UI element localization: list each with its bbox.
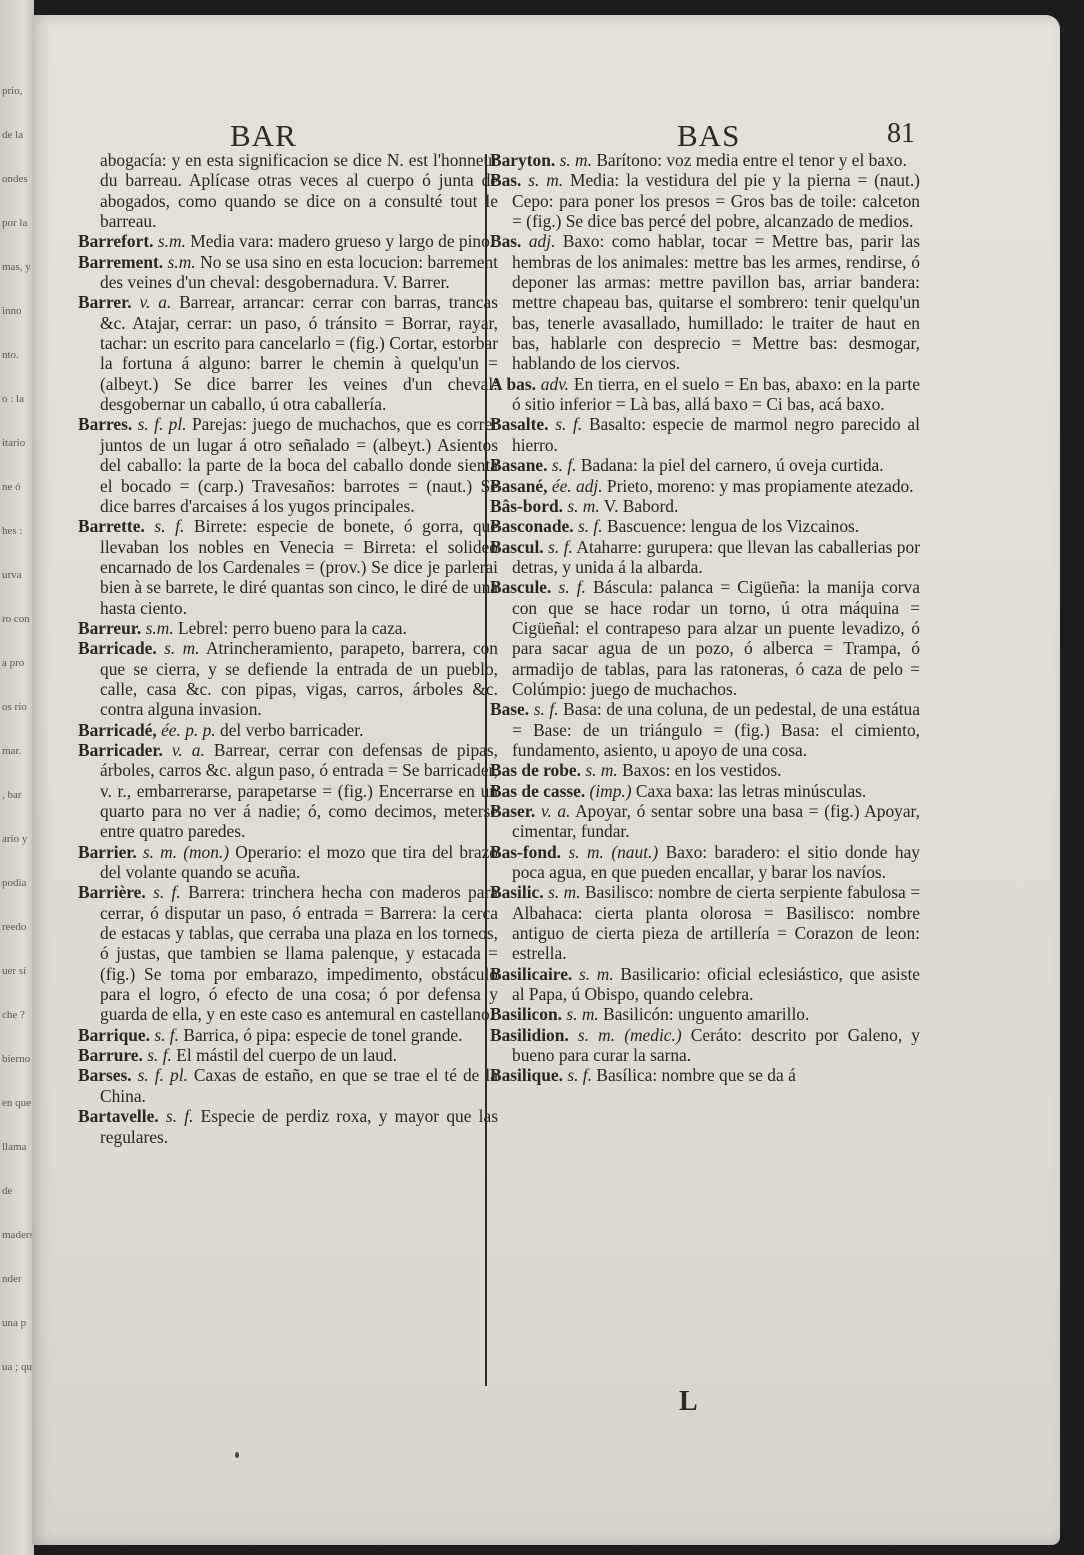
entry-headword: Bas-fond. <box>490 842 561 862</box>
entry-grammar: s.m. <box>168 252 196 272</box>
entry-grammar: v. a. <box>172 740 205 760</box>
dictionary-entry: Barrique. s. f. Barrica, ó pipa: especie… <box>78 1025 498 1045</box>
dictionary-entry: Barrement. s.m. No se usa sino en esta l… <box>78 252 498 293</box>
adjacent-page-fragment: a pro <box>2 657 24 669</box>
dictionary-entry: Barricadé, ée. p. p. del verbo barricade… <box>78 720 498 740</box>
entry-grammar: s. m. <box>566 1004 598 1024</box>
adjacent-page-fragment: uer sí <box>2 965 26 977</box>
entry-grammar: s. f. <box>154 1025 179 1045</box>
entry-headword: Barrique. <box>78 1025 150 1045</box>
adjacent-page-fragment: ario y <box>2 833 27 845</box>
adjacent-page-fragment: llama <box>2 1141 26 1153</box>
dictionary-entry: Bascul. s. f. Ataharre: gurupera: que ll… <box>490 537 920 578</box>
entry-definition: Basilicario: oficial eclesiástico, que a… <box>512 964 920 1004</box>
entry-definition: Ataharre: gurupera: que llevan las cabal… <box>512 537 920 577</box>
entry-grammar: s.m. <box>146 618 174 638</box>
adjacent-page-fragment: mar. <box>2 745 21 757</box>
entry-headword: Basilic. <box>490 882 544 902</box>
entry-grammar: s. m. <box>567 496 599 516</box>
entry-definition: Bascuence: lengua de los Vizcainos. <box>607 516 859 536</box>
adjacent-page-fragment: che ? <box>2 1009 25 1021</box>
entry-headword: Bas de robe. <box>490 760 581 780</box>
dictionary-entry: Bas. adj. Baxo: como hablar, tocar = Met… <box>490 231 920 373</box>
entry-headword: Base. <box>490 699 529 719</box>
running-head-left: BAR <box>230 118 297 154</box>
dictionary-entry: Barrer. v. a. Barrear, arrancar: cerrar … <box>78 292 498 414</box>
adjacent-page-fragment: ro con <box>2 613 30 625</box>
dictionary-entry: Basilique. s. f. Basílica: nombre que se… <box>490 1065 920 1085</box>
entry-grammar: v. a. <box>541 801 570 821</box>
adjacent-page-fragment: itario <box>2 437 25 449</box>
entry-grammar: s. f. pl. <box>138 1065 188 1085</box>
dictionary-entry: Barricader. v. a. Barrear, cerrar con de… <box>78 740 498 842</box>
dictionary-entry: Bascule. s. f. Báscula: palanca = Cigüeñ… <box>490 577 920 699</box>
entry-definition: Media: la vestidura del pie y la pierna … <box>512 170 920 231</box>
entry-headword: Basilicaire. <box>490 964 572 984</box>
entry-headword: Bartavelle. <box>78 1106 159 1126</box>
dictionary-entry: Basalte. s. f. Basalto: especie de marmo… <box>490 414 920 455</box>
entry-grammar: s. f. <box>555 414 582 434</box>
adjacent-page-fragment: en que <box>2 1097 31 1109</box>
adjacent-page-fragment: , bar <box>2 789 22 801</box>
entry-grammar: v. a. <box>140 292 172 312</box>
entry-grammar: s. f. <box>548 537 573 557</box>
adjacent-page-fragment: prio, <box>2 85 22 97</box>
entry-grammar: s. f. <box>559 577 586 597</box>
right-column: Baryton. s. m. Barítono: voz media entre… <box>490 150 920 1086</box>
entry-definition: del verbo barricader. <box>220 720 363 740</box>
adjacent-page-fragment: urva <box>2 569 22 581</box>
entry-grammar: s.m. <box>158 231 186 251</box>
entry-grammar: adj. <box>529 231 556 251</box>
dictionary-entry: A bas. adv. En tierra, en el suelo = En … <box>490 374 920 415</box>
dictionary-entry: Bartavelle. s. f. Especie de perdiz roxa… <box>78 1106 498 1147</box>
entry-headword: Bas. <box>490 170 521 190</box>
dictionary-entry: Baryton. s. m. Barítono: voz media entre… <box>490 150 920 170</box>
entry-definition: Basa: de una coluna, de un pedestal, de … <box>512 699 920 760</box>
column-divider <box>485 154 487 1386</box>
adjacent-page-fragment: hes : <box>2 525 22 537</box>
entry-definition: Lebrel: perro bueno para la caza. <box>178 618 407 638</box>
entry-headword: Basane. <box>490 455 548 475</box>
entry-grammar: s. m. (naut.) <box>568 842 658 862</box>
entry-definition: Baxo: como hablar, tocar = Mettre bas, p… <box>512 231 920 373</box>
dictionary-entry: Barres. s. f. pl. Parejas: juego de much… <box>78 414 498 516</box>
entry-headword: Bascule. <box>490 577 551 597</box>
entry-headword: Barrier. <box>78 842 137 862</box>
adjacent-page-fragment: ondes <box>2 173 28 185</box>
dictionary-entry: abogacía: y en esta significacion se dic… <box>78 150 498 231</box>
entry-grammar: (imp.) <box>590 781 632 801</box>
entry-headword: A bas. <box>490 374 536 394</box>
dictionary-entry: Barrière. s. f. Barrera: trinchera hecha… <box>78 882 498 1024</box>
entry-grammar: s. f. <box>154 516 184 536</box>
entry-definition: abogacía: y en esta significacion se dic… <box>100 150 498 231</box>
dictionary-entry: Baser. v. a. Apoyar, ó sentar sobre una … <box>490 801 920 842</box>
entry-definition: Basilicón: unguento amarillo. <box>603 1004 809 1024</box>
entry-headword: Basilique. <box>490 1065 563 1085</box>
entry-definition: Barítono: voz media entre el tenor y el … <box>596 150 907 170</box>
entry-headword: Bas de casse. <box>490 781 585 801</box>
dictionary-entry: Basilicon. s. m. Basilicón: unguento ama… <box>490 1004 920 1024</box>
entry-grammar: s. m. <box>528 170 563 190</box>
entry-grammar: s. m. (medic.) <box>578 1025 682 1045</box>
adjacent-page-fragment: inno <box>2 305 22 317</box>
adjacent-page-fragment: de <box>2 1185 12 1197</box>
dictionary-entry: Bas-fond. s. m. (naut.) Baxo: baradero: … <box>490 842 920 883</box>
adjacent-page-fragment: por la <box>2 217 27 229</box>
adjacent-page-fragment: podia <box>2 877 26 889</box>
entry-headword: Barreur. <box>78 618 141 638</box>
entry-headword: Bas. <box>490 231 521 251</box>
adjacent-page-fragment: maders <box>2 1229 34 1241</box>
entry-headword: Basconade. <box>490 516 574 536</box>
dictionary-entry: Barrette. s. f. Birrete: especie de bone… <box>78 516 498 618</box>
signature-mark: L <box>679 1386 698 1418</box>
entry-grammar: s. f. <box>166 1106 194 1126</box>
adjacent-page-fragment: o : la <box>2 393 24 405</box>
dictionary-entry: Basane. s. f. Badana: la piel del carner… <box>490 455 920 475</box>
entry-grammar: ée. adj. <box>552 476 603 496</box>
entry-headword: Baryton. <box>490 150 555 170</box>
adjacent-page-edge: prio,de laondespor lamas, yinnonto.o : l… <box>0 0 34 1555</box>
paper-speck <box>235 1452 239 1458</box>
entry-grammar: s. m. <box>164 638 199 658</box>
entry-definition: Especie de perdiz roxa, y mayor que las … <box>100 1106 498 1146</box>
dictionary-entry: Basconade. s. f. Bascuence: lengua de lo… <box>490 516 920 536</box>
entry-definition: Barrera: trinchera hecha con maderos par… <box>100 882 498 1024</box>
dictionary-entry: Base. s. f. Basa: de una coluna, de un p… <box>490 699 920 760</box>
entry-grammar: s. m. <box>548 882 580 902</box>
adjacent-page-fragment: nder <box>2 1273 22 1285</box>
dictionary-entry: Barses. s. f. pl. Caxas de estaño, en qu… <box>78 1065 498 1106</box>
entry-headword: Bâs-bord. <box>490 496 563 516</box>
left-column: abogacía: y en esta significacion se dic… <box>78 150 498 1147</box>
entry-grammar: s. m. <box>585 760 617 780</box>
dictionary-entry: Barricade. s. m. Atrincheramiento, parap… <box>78 638 498 719</box>
dictionary-entry: Barreur. s.m. Lebrel: perro bueno para l… <box>78 618 498 638</box>
entry-grammar: s. f. <box>534 699 559 719</box>
dictionary-entry: Basilidion. s. m. (medic.) Ceráto: descr… <box>490 1025 920 1066</box>
dictionary-entry: Barrefort. s.m. Media vara: madero grues… <box>78 231 498 251</box>
entry-headword: Basané, <box>490 476 548 496</box>
entry-headword: Barricade. <box>78 638 157 658</box>
entry-grammar: s. m. <box>560 150 592 170</box>
entry-definition: Barrica, ó pipa: especie de tonel grande… <box>183 1025 462 1045</box>
entry-definition: Ceráto: descrito por Galeno, y bueno par… <box>512 1025 920 1065</box>
dictionary-page: BAR BAS 81 abogacía: y en esta significa… <box>32 15 1060 1545</box>
entry-headword: Barrière. <box>78 882 146 902</box>
entry-definition: Atrincheramiento, parapeto, barrera, con… <box>100 638 498 719</box>
adjacent-page-fragment: de la <box>2 129 23 141</box>
page-number: 81 <box>887 118 915 150</box>
entry-definition: Prieto, moreno: y mas propiamente atezad… <box>607 476 914 496</box>
adjacent-page-fragment: una p <box>2 1317 26 1329</box>
entry-grammar: s. f. <box>147 1045 172 1065</box>
entry-headword: Baser. <box>490 801 535 821</box>
entry-definition: En tierra, en el suelo = En bas, abaxo: … <box>512 374 920 414</box>
dictionary-entry: Bas de robe. s. m. Baxos: en los vestido… <box>490 760 920 780</box>
dictionary-entry: Bas. s. m. Media: la vestidura del pie y… <box>490 170 920 231</box>
entry-headword: Barrette. <box>78 516 145 536</box>
entry-headword: Basalte. <box>490 414 548 434</box>
entry-headword: Barses. <box>78 1065 132 1085</box>
adjacent-page-fragment: os rio <box>2 701 27 713</box>
dictionary-entry: Basilicaire. s. m. Basilicario: oficial … <box>490 964 920 1005</box>
entry-grammar: ée. p. p. <box>161 720 216 740</box>
entry-grammar: s. m. (mon.) <box>143 842 229 862</box>
entry-headword: Barrement. <box>78 252 163 272</box>
entry-headword: Barrer. <box>78 292 132 312</box>
adjacent-page-fragment: ne ó <box>2 481 21 493</box>
adjacent-page-fragment: mas, y <box>2 261 31 273</box>
adjacent-page-fragment: reedo <box>2 921 26 933</box>
entry-grammar: s. f. <box>578 516 603 536</box>
entry-headword: Barrefort. <box>78 231 153 251</box>
entry-headword: Bascul. <box>490 537 544 557</box>
dictionary-entry: Barrier. s. m. (mon.) Operario: el mozo … <box>78 842 498 883</box>
running-head-right: BAS <box>677 118 740 154</box>
entry-definition: Baxos: en los vestidos. <box>622 760 781 780</box>
entry-headword: Barrure. <box>78 1045 143 1065</box>
entry-definition: Apoyar, ó sentar sobre una basa = (fig.)… <box>512 801 920 841</box>
entry-definition: El mástil del cuerpo de un laud. <box>176 1045 397 1065</box>
adjacent-page-fragment: ua ; qu <box>2 1361 32 1373</box>
entry-grammar: adv. <box>541 374 569 394</box>
entry-definition: Badana: la piel del carnero, ú oveja cur… <box>581 455 884 475</box>
entry-grammar: s. f. <box>153 882 181 902</box>
dictionary-entry: Basilic. s. m. Basilisco: nombre de cier… <box>490 882 920 963</box>
entry-grammar: s. f. <box>552 455 577 475</box>
entry-headword: Barres. <box>78 414 132 434</box>
entry-definition: V. Babord. <box>604 496 679 516</box>
adjacent-page-fragment: bierno <box>2 1053 30 1065</box>
dictionary-entry: Bâs-bord. s. m. V. Babord. <box>490 496 920 516</box>
entry-headword: Basilicon. <box>490 1004 562 1024</box>
dictionary-entry: Bas de casse. (imp.) Caxa baxa: las letr… <box>490 781 920 801</box>
entry-grammar: s. f. pl. <box>138 414 187 434</box>
entry-headword: Barricadé, <box>78 720 157 740</box>
entry-grammar: s. m. <box>579 964 614 984</box>
dictionary-entry: Basané, ée. adj. Prieto, moreno: y mas p… <box>490 476 920 496</box>
entry-grammar: s. f. <box>567 1065 592 1085</box>
entry-headword: Basilidion. <box>490 1025 569 1045</box>
entry-headword: Barricader. <box>78 740 163 760</box>
adjacent-page-fragment: nto. <box>2 349 19 361</box>
entry-definition: Caxa baxa: las letras minúsculas. <box>636 781 866 801</box>
entry-definition: Basílica: nombre que se da á <box>596 1065 795 1085</box>
dictionary-entry: Barrure. s. f. El mástil del cuerpo de u… <box>78 1045 498 1065</box>
entry-definition: Media vara: madero grueso y largo de pin… <box>190 231 494 251</box>
